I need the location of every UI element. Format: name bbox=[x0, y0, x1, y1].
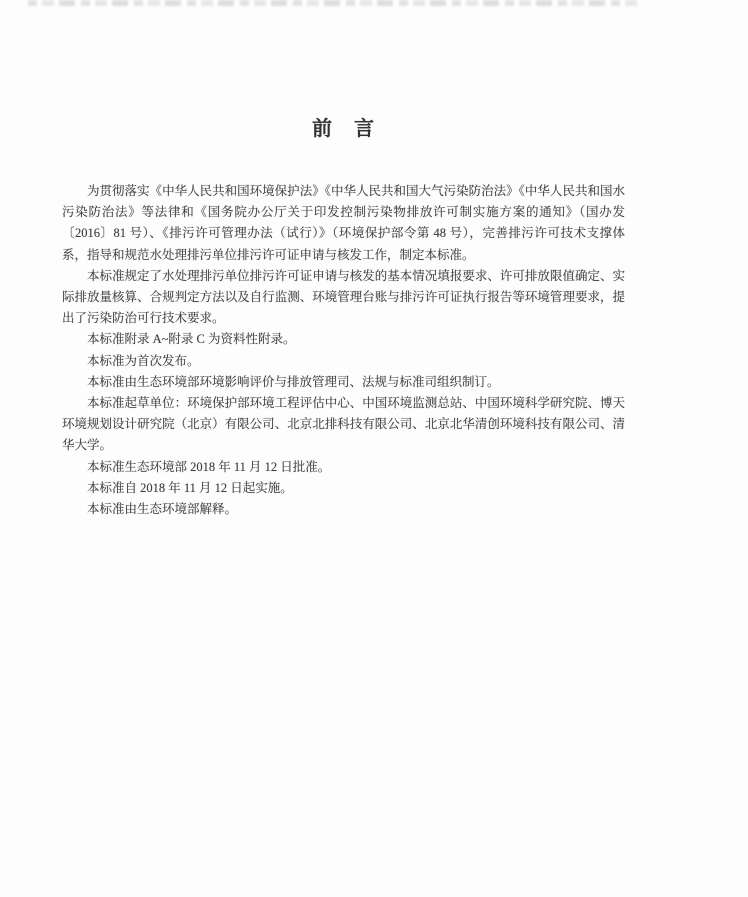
paragraph: 本标准为首次发布。 bbox=[62, 351, 625, 372]
paragraph: 本标准起草单位：环境保护部环境工程评估中心、中国环境监测总站、中国环境科学研究院… bbox=[62, 393, 625, 457]
page-title: 前 言 bbox=[62, 112, 625, 141]
document-body: 为贯彻落实《中华人民共和国环境保护法》《中华人民共和国大气污染防治法》《中华人民… bbox=[62, 181, 625, 520]
paragraph: 本标准由生态环境部解释。 bbox=[62, 499, 625, 520]
paragraph: 为贯彻落实《中华人民共和国环境保护法》《中华人民共和国大气污染防治法》《中华人民… bbox=[62, 181, 625, 266]
paragraph: 本标准由生态环境部环境影响评价与排放管理司、法规与标准司组织制订。 bbox=[62, 372, 625, 393]
paragraph: 本标准规定了水处理排污单位排污许可证申请与核发的基本情况填报要求、许可排放限值确… bbox=[62, 266, 625, 330]
document-page: 前 言 为贯彻落实《中华人民共和国环境保护法》《中华人民共和国大气污染防治法》《… bbox=[0, 0, 748, 897]
scan-artifact-top bbox=[28, 0, 640, 6]
paragraph: 本标准自 2018 年 11 月 12 日起实施。 bbox=[62, 478, 625, 499]
paragraph: 本标准附录 A~附录 C 为资料性附录。 bbox=[62, 329, 625, 350]
paragraph: 本标准生态环境部 2018 年 11 月 12 日批准。 bbox=[62, 457, 625, 478]
